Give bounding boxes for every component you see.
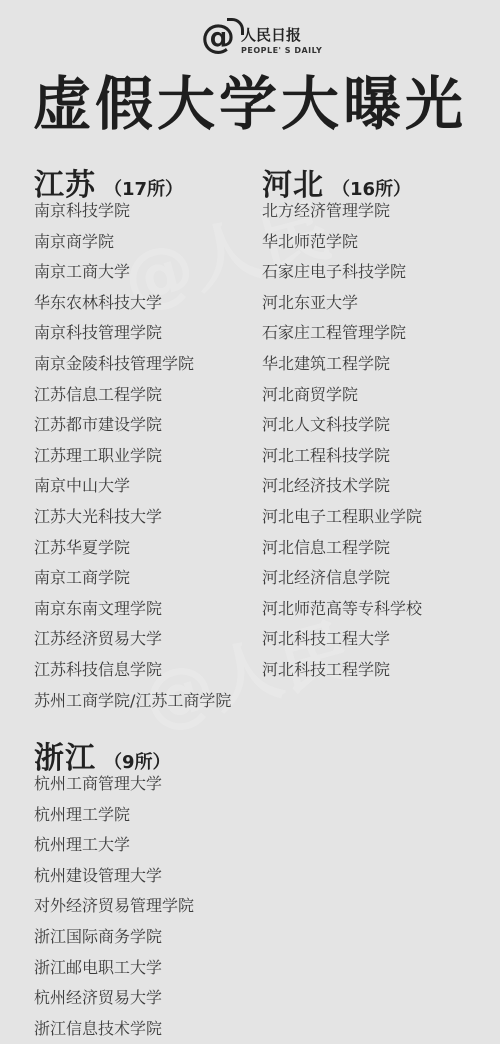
school-list: 北方经济管理学院 华北师范学院 石家庄电子科技学院 河北东亚大学 石家庄工程管理… bbox=[262, 196, 422, 686]
list-item: 南京金陵科技管理学院 bbox=[34, 349, 231, 380]
school-list: 南京科技学院 南京商学院 南京工商大学 华东农林科技大学 南京科技管理学院 南京… bbox=[34, 196, 231, 716]
list-item: 华北师范学院 bbox=[262, 227, 422, 258]
list-item: 杭州理工大学 bbox=[34, 830, 194, 861]
list-item: 河北商贸学院 bbox=[262, 380, 422, 411]
list-item: 河北科技工程大学 bbox=[262, 624, 422, 655]
list-item: 华东农林科技大学 bbox=[34, 288, 231, 319]
list-item: 江苏都市建设学院 bbox=[34, 410, 231, 441]
peoples-daily-logo: @ 人民日报 PEOPLE' S DAILY bbox=[201, 18, 311, 58]
page-title: 虚假大学大曝光 bbox=[0, 72, 500, 136]
list-item: 石家庄工程管理学院 bbox=[262, 318, 422, 349]
list-item: 江苏信息工程学院 bbox=[34, 380, 231, 411]
list-item: 河北经济信息学院 bbox=[262, 563, 422, 594]
section-header: 江苏 （17所） bbox=[34, 160, 231, 196]
logo-name-cn: 人民日报 bbox=[241, 24, 301, 45]
section-jiangsu: 江苏 （17所） 南京科技学院 南京商学院 南京工商大学 华东农林科技大学 南京… bbox=[34, 160, 231, 716]
list-item: 苏州工商学院/江苏工商学院 bbox=[34, 686, 231, 717]
list-item: 河北经济技术学院 bbox=[262, 471, 422, 502]
list-item: 石家庄电子科技学院 bbox=[262, 257, 422, 288]
list-item: 南京科技管理学院 bbox=[34, 318, 231, 349]
list-item: 浙江信息技术学院 bbox=[34, 1014, 194, 1044]
list-item: 杭州建设管理大学 bbox=[34, 861, 194, 892]
list-item: 江苏经济贸易大学 bbox=[34, 624, 231, 655]
list-item: 杭州理工学院 bbox=[34, 800, 194, 831]
list-item: 南京工商大学 bbox=[34, 257, 231, 288]
list-item: 江苏科技信息学院 bbox=[34, 655, 231, 686]
list-item: 南京工商学院 bbox=[34, 563, 231, 594]
list-item: 河北科技工程学院 bbox=[262, 655, 422, 686]
list-item: 河北人文科技学院 bbox=[262, 410, 422, 441]
section-hebei: 河北 （16所） 北方经济管理学院 华北师范学院 石家庄电子科技学院 河北东亚大… bbox=[262, 160, 422, 686]
section-zhejiang: 浙江 （9所） 杭州工商管理大学 杭州理工学院 杭州理工大学 杭州建设管理大学 … bbox=[34, 733, 194, 1044]
list-item: 浙江邮电职工大学 bbox=[34, 953, 194, 984]
list-item: 江苏华夏学院 bbox=[34, 533, 231, 564]
list-item: 浙江国际商务学院 bbox=[34, 922, 194, 953]
list-item: 江苏大光科技大学 bbox=[34, 502, 231, 533]
list-item: 河北师范高等专科学校 bbox=[262, 594, 422, 625]
list-item: 南京商学院 bbox=[34, 227, 231, 258]
section-header: 浙江 （9所） bbox=[34, 733, 194, 769]
list-item: 南京中山大学 bbox=[34, 471, 231, 502]
list-item: 华北建筑工程学院 bbox=[262, 349, 422, 380]
section-header: 河北 （16所） bbox=[262, 160, 422, 196]
list-item: 河北电子工程职业学院 bbox=[262, 502, 422, 533]
list-item: 杭州经济贸易大学 bbox=[34, 983, 194, 1014]
list-item: 河北信息工程学院 bbox=[262, 533, 422, 564]
list-item: 河北工程科技学院 bbox=[262, 441, 422, 472]
list-item: 江苏理工职业学院 bbox=[34, 441, 231, 472]
school-list: 杭州工商管理大学 杭州理工学院 杭州理工大学 杭州建设管理大学 对外经济贸易管理… bbox=[34, 769, 194, 1044]
list-item: 南京东南文理学院 bbox=[34, 594, 231, 625]
list-item: 河北东亚大学 bbox=[262, 288, 422, 319]
logo-name-en: PEOPLE' S DAILY bbox=[241, 46, 322, 55]
list-item: 对外经济贸易管理学院 bbox=[34, 891, 194, 922]
